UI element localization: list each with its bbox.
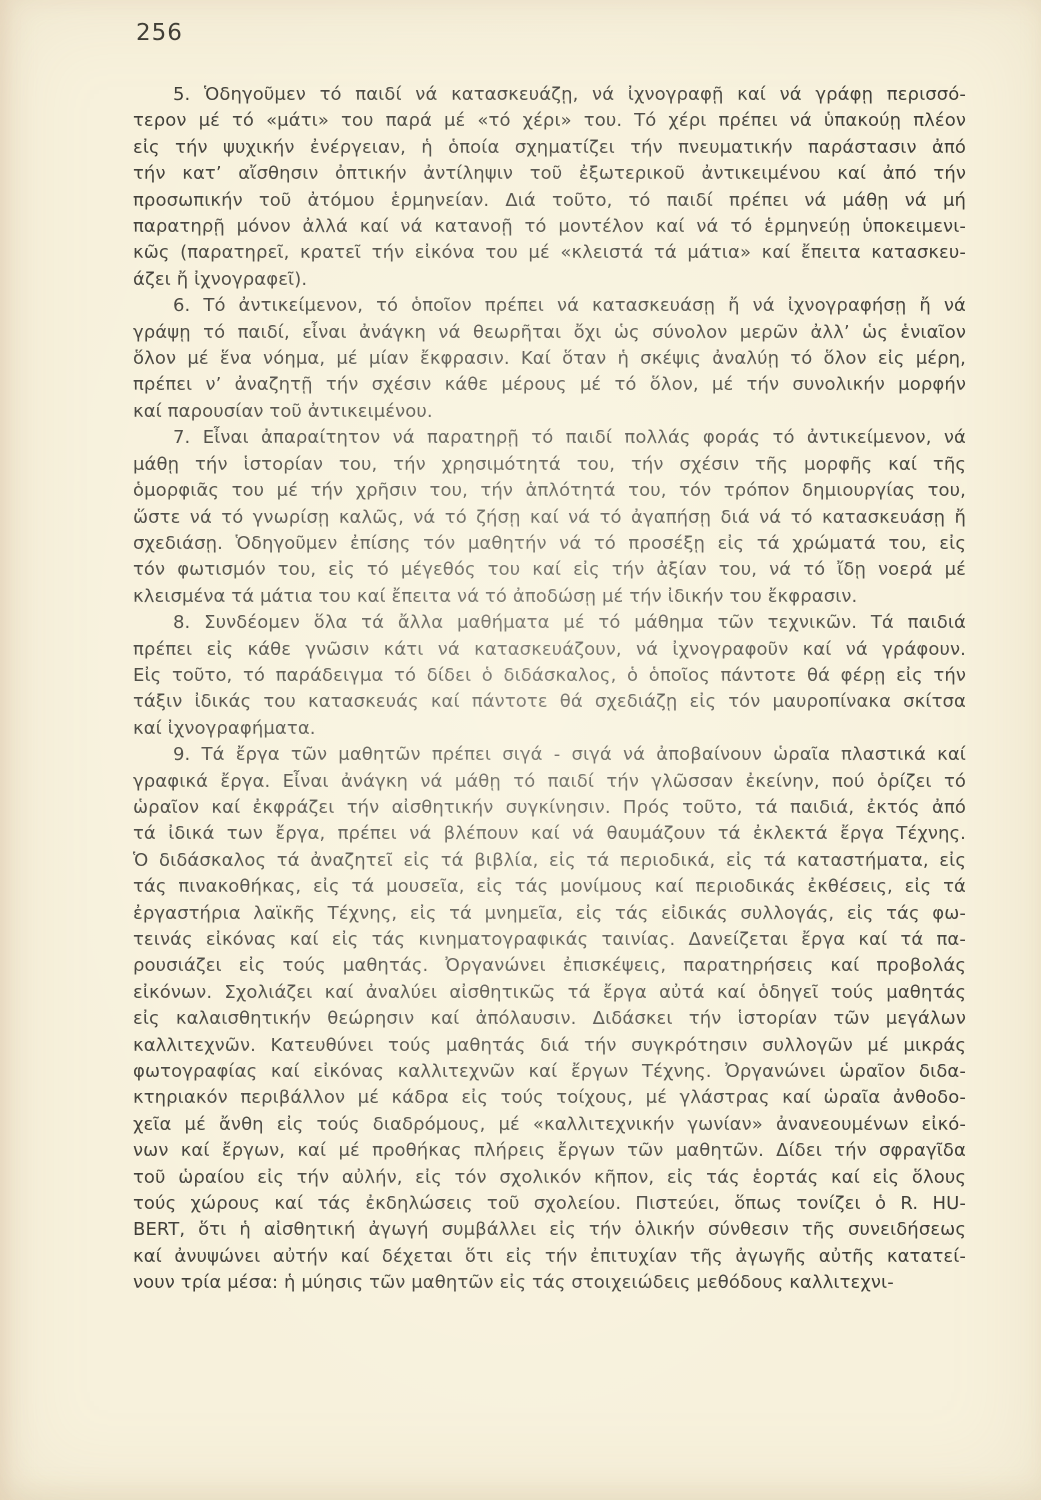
text-line: πρέπει εἰς κάθε γνῶσιν κάτι νά κατασκευά… [133,637,966,663]
text-line: κτηριακόν περιβάλλον μέ κάδρα εἰς τούς τ… [133,1085,966,1111]
text-line: 7. Εἶναι ἀπαραίτητον νά παρατηρῇ τό παιδ… [133,425,966,451]
text-line: τεινάς εἰκόνας καί εἰς τάς κινηματογραφι… [133,927,966,953]
text-line: τάς πινακοθήκας, εἰς τά μουσεῖα, εἰς τάς… [133,874,966,900]
text-line: κῶς (παρατηρεῖ, κρατεῖ τήν εἰκόνα του μέ… [133,240,966,266]
text-line: εἰκόνων. Σχολιάζει καί ἀναλύει αἰσθητικῶ… [133,980,966,1006]
paragraph-5: 5. Ὁδηγοῦμεν τό παιδί νά κατασκευάζῃ, νά… [133,82,966,293]
text-line: ὡραῖον καί ἐκφράζει τήν αἰσθητικήν συγκί… [133,795,966,821]
text-line: 6. Τό ἀντικείμενον, τό ὁποῖον πρέπει νά … [133,293,966,319]
text-line: 8. Συνδέομεν ὅλα τά ἄλλα μαθήματα μέ τό … [133,610,966,636]
text-line: πρέπει ν’ ἀναζητῇ τήν σχέσιν κάθε μέρους… [133,372,966,398]
text-line: τά ἰδικά των ἔργα, πρέπει νά βλέπουν καί… [133,821,966,847]
text-line: νων καί ἔργων, καί μέ προθήκας πλήρεις ἔ… [133,1138,966,1164]
text-line: καί παρουσίαν τοῦ ἀντικειμένου. [133,399,966,425]
page-number: 256 [136,20,183,46]
text-line: ὁμορφιᾶς του μέ τήν χρῆσιν του, τήν ἁπλό… [133,478,966,504]
paragraph-8: 8. Συνδέομεν ὅλα τά ἄλλα μαθήματα μέ τό … [133,610,966,742]
text-line: γράψῃ τό παιδί, εἶναι ἀνάγκη νά θεωρῆται… [133,320,966,346]
text-line: ἐργαστήρια λαϊκῆς Τέχνης, εἰς τά μνημεῖα… [133,901,966,927]
text-line: σχεδιάσῃ. Ὁδηγοῦμεν ἐπίσης τόν μαθητήν ν… [133,531,966,557]
text-line: εἰς τήν ψυχικήν ἐνέργειαν, ἡ ὁποία σχημα… [133,135,966,161]
text-line: κλεισμένα τά μάτια του καί ἔπειτα νά τό … [133,584,966,610]
text-line: τοῦ ὡραίου εἰς τήν αὐλήν, εἰς τόν σχολικ… [133,1165,966,1191]
text-line: εἰς καλαισθητικήν θεώρησιν καί ἀπόλαυσιν… [133,1006,966,1032]
paragraph-7: 7. Εἶναι ἀπαραίτητον νά παρατηρῇ τό παιδ… [133,425,966,610]
text-line: καί ἰχνογραφήματα. [133,716,966,742]
text-block: 5. Ὁδηγοῦμεν τό παιδί νά κατασκευάζῃ, νά… [133,82,966,1297]
paragraph-9: 9. Τά ἔργα τῶν μαθητῶν πρέπει σιγά - σιγ… [133,742,966,1297]
text-line: Ὁ διδάσκαλος τά ἀναζητεῖ εἰς τά βιβλία, … [133,848,966,874]
text-line: καλλιτεχνῶν. Κατευθύνει τούς μαθητάς διά… [133,1033,966,1059]
text-line: Εἰς τοῦτο, τό παράδειγμα τό δίδει ὁ διδά… [133,663,966,689]
text-line: ὅλον μέ ἕνα νόημα, μέ μίαν ἔκφρασιν. Καί… [133,346,966,372]
text-line: τούς χώρους καί τάς ἐκδηλώσεις τοῦ σχολε… [133,1191,966,1217]
text-line: χεῖα μέ ἄνθη εἰς τούς διαδρόμους, μέ «κα… [133,1112,966,1138]
text-line: τάξιν ἰδικάς του κατασκευάς καί πάντοτε … [133,689,966,715]
text-line: καί ἀνυψώνει αὐτήν καί δέχεται ὅτι εἰς τ… [133,1244,966,1270]
text-line: μάθῃ τήν ἱστορίαν του, τήν χρησιμότητά τ… [133,452,966,478]
text-line: άζει ἤ ἰχνογραφεῖ). [133,267,966,293]
text-line: BERT, ὅτι ἡ αἰσθητική ἀγωγή συμβάλλει εἰ… [133,1217,966,1243]
text-line: τερον μέ τό «μάτι» του παρά μέ «τό χέρι»… [133,108,966,134]
text-line: νουν τρία μέσα: ἡ μύησις τῶν μαθητῶν εἰς… [133,1270,966,1296]
text-line: τήν κατ’ αἴσθησιν ὀπτικήν ἀντίληψιν τοῦ … [133,161,966,187]
paragraph-6: 6. Τό ἀντικείμενον, τό ὁποῖον πρέπει νά … [133,293,966,425]
text-line: προσωπικήν τοῦ ἀτόμου ἑρμηνείαν. Διά τοῦ… [133,188,966,214]
text-line: ρουσιάζει εἰς τούς μαθητάς. Ὀργανώνει ἐπ… [133,953,966,979]
text-line: τόν φωτισμόν του, εἰς τό μέγεθός του καί… [133,557,966,583]
text-line: γραφικά ἔργα. Εἶναι ἀνάγκη νά μάθῃ τό πα… [133,769,966,795]
text-line: 5. Ὁδηγοῦμεν τό παιδί νά κατασκευάζῃ, νά… [133,82,966,108]
text-line: 9. Τά ἔργα τῶν μαθητῶν πρέπει σιγά - σιγ… [133,742,966,768]
text-line: ὥστε νά τό γνωρίσῃ καλῶς, νά τό ζήσῃ καί… [133,505,966,531]
text-line: παρατηρῇ μόνον ἀλλά καί νά κατανοῇ τό μο… [133,214,966,240]
text-line: φωτογραφίας καί εἰκόνας καλλιτεχνῶν καί … [133,1059,966,1085]
